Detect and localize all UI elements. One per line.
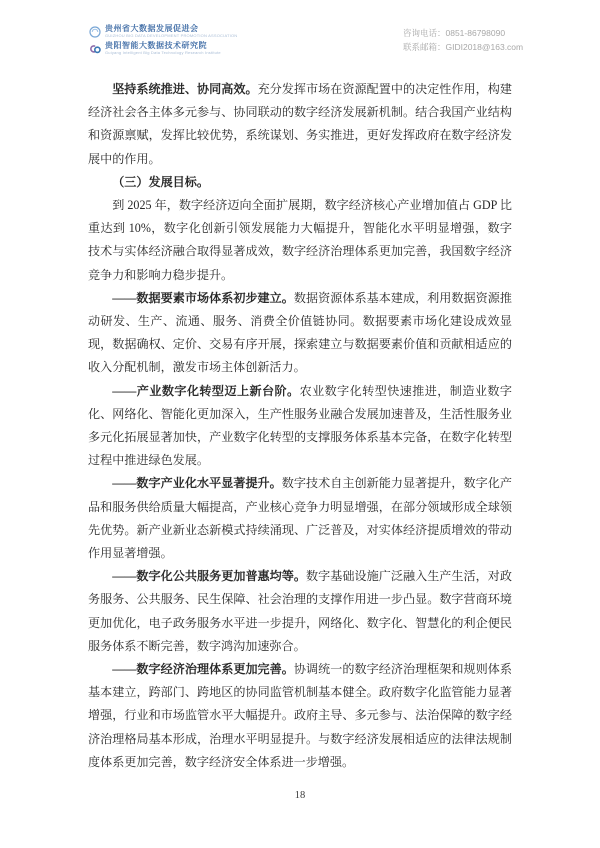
- paragraph-lead: ——产业数字化转型迈上新台阶。: [112, 384, 299, 398]
- association-emblem-icon: [89, 25, 101, 37]
- institute-emblem-icon: [89, 42, 101, 54]
- document-body: 坚持系统推进、协同高效。充分发挥市场在资源配置中的决定性作用，构建经济社会各主体…: [88, 78, 512, 774]
- paragraph-lead: ——数字化公共服务更加普惠均等。: [112, 569, 306, 583]
- section-heading-text: （三）发展目标。: [112, 175, 209, 189]
- association-name: 贵州省大数据发展促进会: [105, 24, 237, 33]
- header-contact: 咨询电话：0851-86798090 联系邮箱：GIDI2018@163.com: [403, 26, 523, 54]
- paragraph-lead: ——数字经济治理体系更加完善。: [112, 662, 294, 676]
- institute-logo: 贵阳智能大数据技术研究院 Guiyang Intelligent Big Dat…: [89, 41, 237, 55]
- paragraph-text: 协调统一的数字经济治理框架和规则体系基本建立，跨部门、跨地区的协同监管机制基本健…: [88, 662, 512, 769]
- page-number: 18: [0, 790, 600, 801]
- association-name-en: GUIZHOU BIG DATA DEVELOPMENT PROMOTION A…: [105, 33, 237, 38]
- paragraph-industry-digital: ——产业数字化转型迈上新台阶。农业数字化转型快速推进，制造业数字化、网络化、智能…: [88, 380, 512, 473]
- contact-email: 联系邮箱：GIDI2018@163.com: [403, 40, 523, 54]
- association-logo: 贵州省大数据发展促进会 GUIZHOU BIG DATA DEVELOPMENT…: [89, 24, 237, 38]
- paragraph-data-market: ——数据要素市场体系初步建立。数据资源体系基本建成，利用数据资源推动研发、生产、…: [88, 287, 512, 380]
- paragraph-lead: ——数据要素市场体系初步建立。: [112, 291, 294, 305]
- paragraph-goal-2025: 到 2025 年，数字经济迈向全面扩展期，数字经济核心产业增加值占 GDP 比重…: [88, 194, 512, 287]
- paragraph-principle: 坚持系统推进、协同高效。充分发挥市场在资源配置中的决定性作用，构建经济社会各主体…: [88, 78, 512, 171]
- paragraph-public-service: ——数字化公共服务更加普惠均等。数字基础设施广泛融入生产生活，对政务服务、公共服…: [88, 565, 512, 658]
- paragraph-lead: 坚持系统推进、协同高效。: [112, 82, 257, 96]
- paragraph-lead: ——数字产业化水平显著提升。: [112, 476, 282, 490]
- paragraph-text: 到 2025 年，数字经济迈向全面扩展期，数字经济核心产业增加值占 GDP 比重…: [88, 198, 512, 282]
- institute-name-en: Guiyang Intelligent Big Data Technology …: [105, 50, 221, 55]
- section-heading: （三）发展目标。: [88, 171, 512, 194]
- contact-phone: 咨询电话：0851-86798090: [403, 26, 523, 40]
- paragraph-governance: ——数字经济治理体系更加完善。协调统一的数字经济治理框架和规则体系基本建立，跨部…: [88, 658, 512, 774]
- institute-name: 贵阳智能大数据技术研究院: [105, 41, 221, 50]
- paragraph-digital-industrialization: ——数字产业化水平显著提升。数字技术自主创新能力显著提升，数字化产品和服务供给质…: [88, 472, 512, 565]
- header-logos: 贵州省大数据发展促进会 GUIZHOU BIG DATA DEVELOPMENT…: [89, 24, 237, 55]
- document-page: 贵州省大数据发展促进会 GUIZHOU BIG DATA DEVELOPMENT…: [0, 0, 600, 848]
